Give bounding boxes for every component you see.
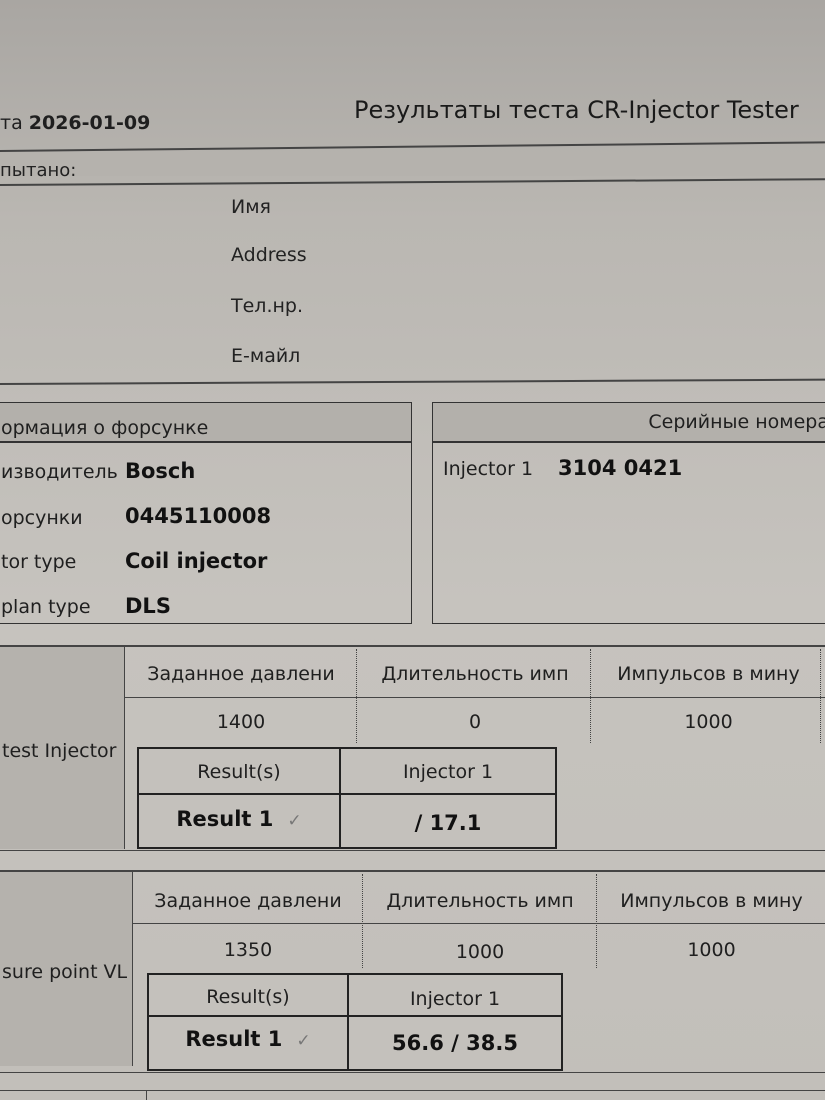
info-label: изводитель: [1, 461, 118, 483]
field-address: Address: [231, 244, 307, 266]
injector-type-value: Coil injector: [125, 549, 267, 573]
field-phone: Тел.нр.: [231, 295, 303, 317]
result-value: / 17.1: [341, 811, 555, 835]
column-header: Длительность имп: [366, 890, 594, 912]
serial-numbers-box: Серийные номера Injector 1 3104 0421: [432, 402, 825, 624]
column-header: Заданное давлени: [134, 890, 362, 912]
check-icon: ✓: [296, 1031, 310, 1051]
field-email: E-майл: [231, 345, 300, 367]
serial-numbers-heading: Серийные номера: [648, 411, 825, 433]
result-value: 56.6 / 38.5: [349, 1031, 561, 1055]
check-icon: ✓: [287, 811, 301, 831]
report-title: Результаты теста CR-Injector Tester: [354, 96, 799, 124]
report-date: та 2026-01-09: [0, 112, 150, 134]
pressure-value: 1350: [134, 939, 362, 961]
test-name: sure point VL: [2, 961, 127, 983]
field-name: Имя: [231, 196, 271, 218]
column-header: Длительность имп: [360, 663, 590, 685]
result-row-label: Result 1✓: [139, 807, 339, 831]
pressure-value: 1400: [126, 711, 356, 733]
tested-label: пытано:: [0, 160, 76, 181]
divider: [0, 178, 825, 186]
results-header: Injector 1: [349, 988, 561, 1010]
results-header: Injector 1: [341, 761, 555, 783]
injector-info-heading: ормация о форсунке: [1, 417, 208, 439]
test-name: test Injector: [2, 740, 116, 762]
manufacturer-value: Bosch: [125, 459, 195, 483]
injector-info-box: ормация о форсунке изводитель Bosch орсу…: [0, 402, 412, 624]
info-label: tor type: [1, 551, 76, 573]
serial-label: Injector 1: [443, 458, 533, 480]
test-report-page: та 2026-01-09 Результаты теста CR-Inject…: [0, 0, 825, 1100]
info-label: орсунки: [1, 507, 83, 529]
nozzle-type-value: DLS: [125, 594, 171, 618]
result-row-label: Result 1✓: [149, 1027, 347, 1051]
results-table: Result(s) Injector 1 Result 1✓ 56.6 / 38…: [147, 973, 563, 1071]
pulse-duration-value: 1000: [366, 941, 594, 963]
pulses-per-min-value: 1000: [598, 939, 825, 961]
pulse-duration-value: 0: [360, 711, 590, 733]
results-header: Result(s): [139, 761, 339, 783]
tested-band: [0, 152, 825, 176]
column-header: Заданное давлени: [126, 663, 356, 685]
results-table: Result(s) Injector 1 Result 1✓ / 17.1: [137, 747, 557, 849]
divider: [0, 379, 825, 385]
divider: [0, 141, 825, 152]
serial-value: 3104 0421: [558, 456, 682, 480]
column-header: Импульсов в мину: [592, 663, 825, 685]
column-header: Импульсов в мину: [598, 890, 825, 912]
pulses-per-min-value: 1000: [592, 711, 825, 733]
info-label: plan type: [1, 596, 91, 618]
part-number-value: 0445110008: [125, 504, 271, 528]
results-header: Result(s): [149, 986, 347, 1008]
